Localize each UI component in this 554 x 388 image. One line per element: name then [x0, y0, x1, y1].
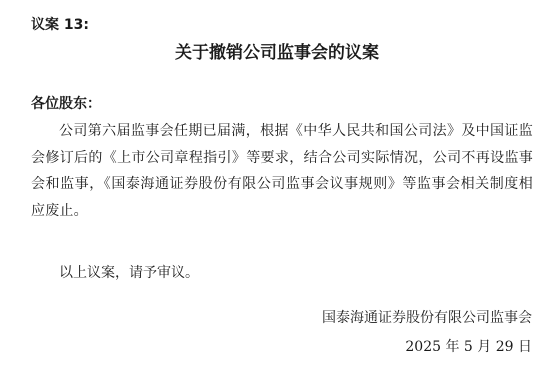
document-date: 2025 年 5 月 29 日	[405, 336, 532, 356]
motion-number-label: 议案 13:	[31, 14, 89, 34]
signatory: 国泰海通证券股份有限公司监事会	[322, 307, 532, 327]
document-title: 关于撤销公司监事会的议案	[0, 38, 554, 63]
closing-line: 以上议案，请予审议。	[59, 262, 199, 282]
salutation: 各位股东：	[31, 93, 101, 113]
body-paragraph: 公司第六届监事会任期已届满，根据《中华人民共和国公司法》及中国证监会修订后的《上…	[31, 118, 533, 224]
